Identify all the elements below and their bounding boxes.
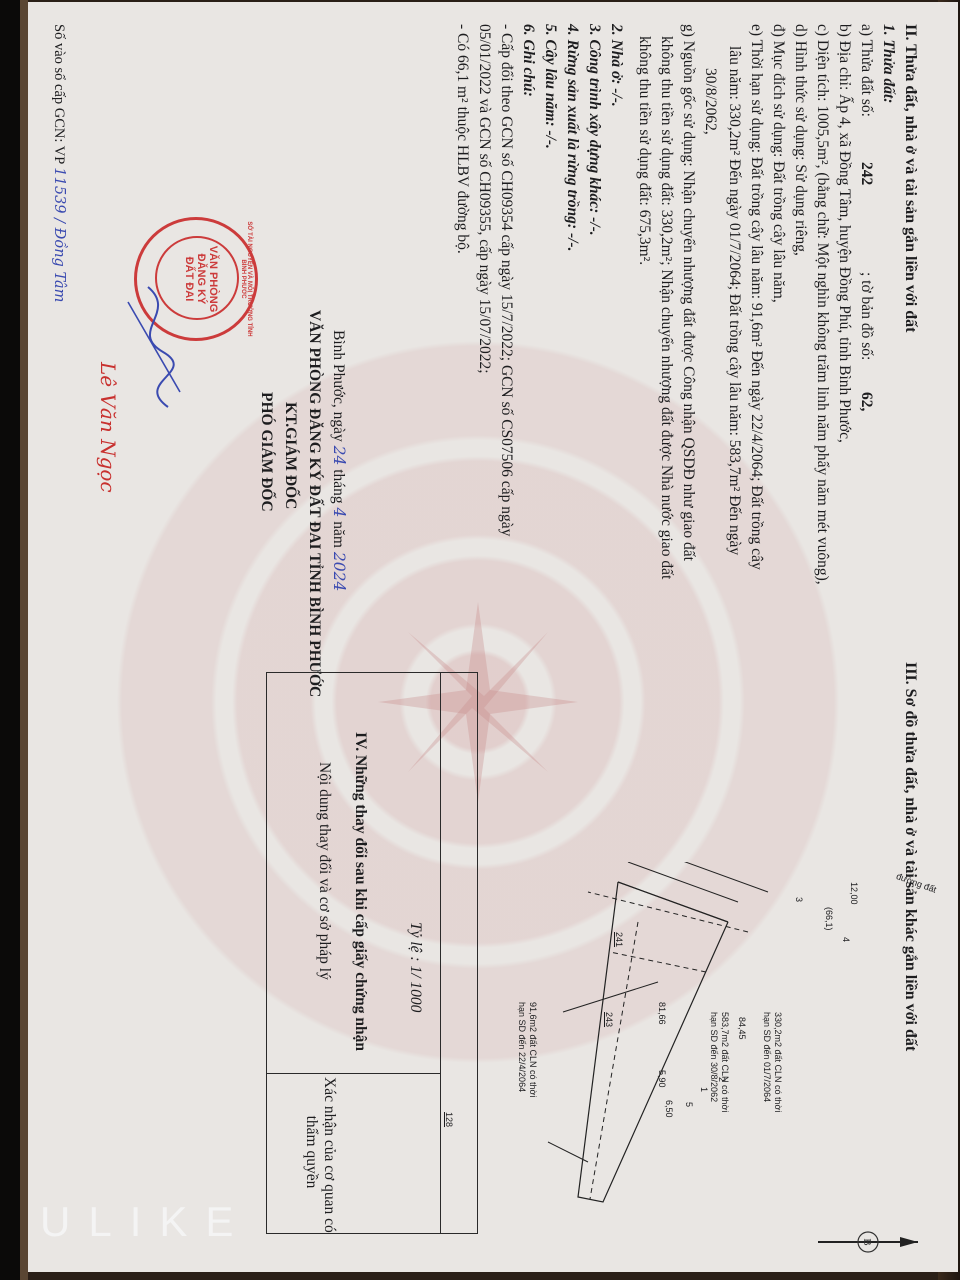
end-590-label: 5,90	[657, 1070, 666, 1088]
usage-term-line-3: 30/8/2062,	[703, 68, 719, 135]
note-583-label: 583,7m2 đất CLN có thời hạn SD đến 30/8/…	[708, 1012, 730, 1112]
planted-forest-item: 4. Rừng sản xuất là rừng trồng: -/-.	[565, 24, 581, 251]
vertex-4-label: 4	[841, 937, 850, 942]
parcel-number-value: 242	[859, 162, 875, 185]
origin-line-1: g) Nguồn gốc sử dụng: Nhận chuyển nhượng…	[681, 24, 697, 561]
note-2: - Có 66,1 m² thuộc HLBV đường bộ.	[455, 24, 471, 254]
parcel-diagram	[538, 862, 778, 1222]
stamp-ring-text: SỞ TÀI NGUYÊN VÀ MÔI TRƯỜNG TỈNH BÌNH PH…	[240, 220, 252, 338]
parcel-number-label: a) Thửa đất số:	[859, 24, 875, 117]
year-label: năm	[330, 521, 347, 548]
photo-table-edge	[20, 0, 28, 1280]
issue-year: 2024	[330, 552, 348, 591]
note-91-label: 91,6m2 đất CLN có thời hạn SD đến 22/4/2…	[516, 1002, 538, 1097]
vertex-3-label: 3	[794, 897, 803, 902]
note-330-line-1: 330,2m2 đất CLN có thời	[772, 1012, 783, 1112]
section-ii-heading: II. Thửa đất, nhà ở và tài sản gắn liền …	[902, 24, 918, 332]
month-label: tháng	[330, 469, 347, 503]
neighbor-241: 241	[614, 932, 623, 947]
confirmation-line-2: thẩm quyền	[302, 1077, 320, 1227]
perennial-trees-item: 5. Cây lâu năm: -/-.	[543, 24, 559, 149]
neighbor-243: 243	[604, 1012, 613, 1027]
note-91-line-1: 91,6m2 đất CLN có thời	[527, 1002, 538, 1097]
registry-value: 11539 / Đồng Tâm	[51, 167, 67, 302]
side-84-label: 84,45	[737, 1017, 746, 1040]
issuing-office: VĂN PHÒNG ĐĂNG KÝ ĐẤT ĐAI TỈNH BÌNH PHƯỚ…	[307, 310, 323, 697]
other-construction-item: 3. Công trình xây dựng khác: -/-.	[587, 24, 603, 236]
stamp-line-1: VĂN PHÒNG	[207, 220, 219, 338]
address-line: b) Địa chỉ: Ấp 4, xã Đồng Tâm, huyện Đồn…	[837, 24, 853, 443]
origin-line-2: không thu tiền sử dụng đất: 330,2m²; Nhậ…	[659, 36, 675, 579]
section-iv-heading: IV. Những thay đổi sau khi cấp giấy chứn…	[353, 732, 369, 1051]
changes-column-confirmation: Xác nhận của cơ quan có thẩm quyền	[302, 1077, 338, 1227]
usage-purpose-line: đ) Mục đích sử dụng: Đất trồng cây lâu n…	[771, 24, 787, 303]
date-prefix: Bình Phước, ngày	[330, 330, 347, 442]
note-91-line-2: hạn SD đến 22/4/2064	[516, 1002, 527, 1097]
house-item: 2. Nhà ở: -/-.	[609, 24, 625, 107]
changes-table-header-row	[440, 673, 477, 1233]
confirmation-line-1: Xác nhận của cơ quan có	[320, 1077, 338, 1227]
section-ii-sub-parcel: 1. Thửa đất:	[881, 24, 897, 103]
hlbv-area-label: (66,1)	[824, 907, 833, 931]
handwritten-signature	[118, 282, 188, 412]
certificate-page: II. Thửa đất, nhà ở và tài sản gắn liền …	[28, 2, 958, 1272]
section-iii-heading: III. Sơ đồ thửa đất, nhà ở và tài sản kh…	[902, 662, 918, 1051]
signer-name: Lê Văn Ngọc	[98, 362, 118, 493]
stamp-line-2: ĐĂNG KÝ	[195, 220, 207, 338]
usage-form-line: d) Hình thức sử dụng: Sử dụng riêng,	[793, 24, 809, 256]
note-1-line-2: 05/01/2022 và GCN số CH09355, cấp ngày 1…	[477, 24, 493, 374]
end-650-label: 6,50	[664, 1100, 673, 1118]
usage-term-line-2: lâu năm: 330,2m² Đến ngày 01/7/2064; Đất…	[727, 46, 743, 555]
note-583-line-2: hạn SD đến 30/8/2062	[708, 1012, 719, 1112]
road-width-label: 12,00	[849, 882, 858, 905]
issue-month: 4	[330, 508, 348, 518]
vertex-5-label: 5	[684, 1102, 693, 1107]
usage-term-line-1: e) Thời hạn sử dụng: Đất trồng cây lâu n…	[749, 24, 765, 570]
north-arrow-icon: B	[788, 1222, 918, 1262]
map-sheet-value: 62,	[859, 392, 875, 411]
changes-table	[266, 672, 478, 1234]
registry-number-line: Số vào sổ cấp GCN: VP 11539 / Đồng Tâm	[52, 24, 67, 302]
area-line: c) Diện tích: 1005,5m², (bằng chữ: Một n…	[815, 24, 831, 585]
svg-text:B: B	[861, 1238, 873, 1245]
notes-heading: 6. Ghi chú:	[521, 24, 537, 97]
note-583-line-1: 583,7m2 đất CLN có thời	[719, 1012, 730, 1112]
photo-background-left	[0, 0, 20, 1280]
issue-day: 24	[330, 446, 348, 466]
origin-line-3: không thu tiền sử dụng đất: 675,3m².	[637, 36, 653, 265]
map-sheet-label: ; tờ bản đồ số:	[859, 272, 875, 360]
side-81-label: 81,66	[657, 1002, 666, 1025]
vertex-1-label: 1	[699, 1087, 708, 1092]
stamp-center-text: VĂN PHÒNG ĐĂNG KÝ ĐẤT ĐAI	[183, 220, 219, 338]
camera-app-watermark: ULIKE	[40, 1198, 251, 1246]
changes-column-content: Nội dung thay đổi và cơ sở pháp lý	[317, 762, 333, 980]
note-330-label: 330,2m2 đất CLN có thời hạn SD đến 01/7/…	[761, 1012, 783, 1112]
changes-table-column-divider	[267, 1073, 441, 1074]
issue-date-line: Bình Phước, ngày 24 tháng 4 năm 2024	[331, 330, 347, 591]
deputy-director-title: PHÓ GIÁM ĐỐC	[259, 392, 275, 512]
note-1-line-1: - Cấp đổi theo GCN số CH09354 cấp ngày 1…	[499, 24, 515, 536]
registry-label: Số vào sổ cấp GCN: VP	[51, 24, 67, 164]
kt-director: KT.GIÁM ĐỐC	[283, 402, 299, 509]
note-330-line-2: hạn SD đến 01/7/2064	[761, 1012, 772, 1112]
